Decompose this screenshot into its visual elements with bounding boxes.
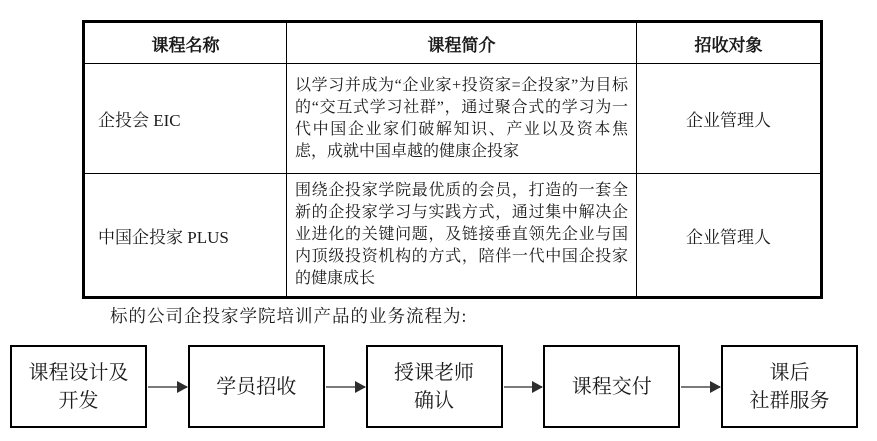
recruit-target-cell: 企业管理人 [637,64,822,174]
flow-step-label: 课程设计及 开发 [29,359,129,415]
business-process-flowchart: 课程设计及 开发 学员招收 授课老师 确认 课程交付 课后 社群服务 [10,345,858,428]
flow-step-label: 授课老师 确认 [394,359,474,415]
flow-step-label: 课程交付 [572,373,652,401]
header-course-intro: 课程简介 [287,22,637,64]
course-table: 课程名称 课程简介 招收对象 企投会 EIC 以学习并成为“企业家+投资家=企投… [82,20,823,299]
course-intro-cell: 围绕企投家学院最优质的会员，打造的一套全新的企投家学习与实践方式，通过集中解决企… [287,174,637,298]
flow-step-course-design: 课程设计及 开发 [10,345,147,428]
flow-step-label: 课后 社群服务 [750,359,830,415]
header-course-name: 课程名称 [84,22,287,64]
arrow-right-icon [326,386,365,388]
recruit-target-cell: 企业管理人 [637,174,822,298]
arrow-right-icon [504,386,543,388]
process-caption: 标的公司企投家学院培训产品的业务流程为: [110,303,467,328]
header-recruit-target: 招收对象 [637,22,822,64]
flow-step-teacher-confirm: 授课老师 确认 [366,345,503,428]
flow-step-after-service: 课后 社群服务 [721,345,858,428]
flow-step-label: 学员招收 [216,373,296,401]
table-row: 中国企投家 PLUS 围绕企投家学院最优质的会员，打造的一套全新的企投家学习与实… [84,174,822,298]
table-header-row: 课程名称 课程简介 招收对象 [84,22,822,64]
flow-step-student-recruit: 学员招收 [188,345,325,428]
arrow-right-icon [148,386,187,388]
course-name-cell: 中国企投家 PLUS [84,174,287,298]
course-intro-cell: 以学习并成为“企业家+投资家=企投家”为目标的“交互式学习社群”，通过聚合式的学… [287,64,637,174]
flow-step-course-delivery: 课程交付 [543,345,680,428]
arrow-right-icon [681,386,720,388]
table-row: 企投会 EIC 以学习并成为“企业家+投资家=企投家”为目标的“交互式学习社群”… [84,64,822,174]
document-page: 课程名称 课程简介 招收对象 企投会 EIC 以学习并成为“企业家+投资家=企投… [0,0,877,441]
course-name-cell: 企投会 EIC [84,64,287,174]
